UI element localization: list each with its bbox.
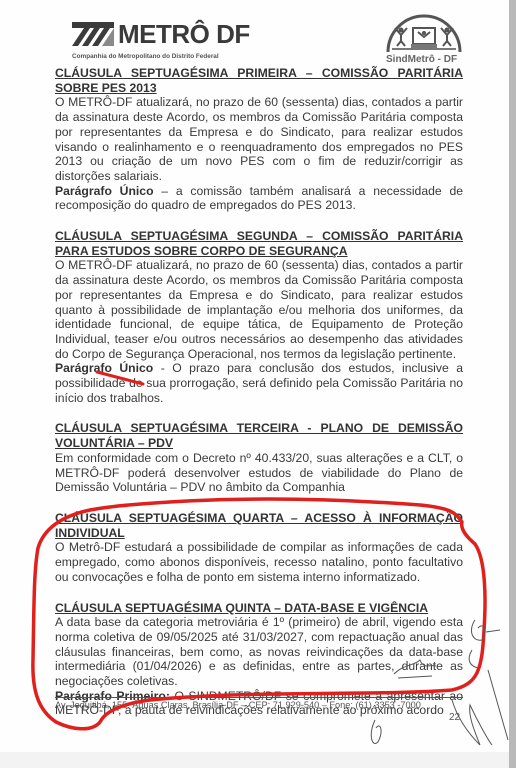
metro-df-logo: METRÔ DF Companhia do Metropolitano do D… — [72, 22, 262, 66]
footer-address: Av. Jequitibá, 155. Águas Claras, Brasíl… — [55, 700, 421, 710]
clause-title: CLÁUSULA SEPTUAGÉSIMA PRIMEIRA – COMISSÃ… — [55, 66, 463, 95]
document-page: METRÔ DF Companhia do Metropolitano do D… — [0, 0, 509, 752]
clause-73: CLÁUSULA SEPTUAGÉSIMA TERCEIRA - PLANO D… — [55, 421, 463, 495]
clause-title: CLÁUSULA SEPTUAGÉSIMA SEGUNDA – COMISSÃO… — [55, 229, 463, 258]
clause-title: CLÁUSULA SEPTUAGÉSIMA QUINTA – DATA-BASE… — [55, 601, 463, 616]
metro-logo-mark-icon — [72, 22, 114, 46]
clause-body: O METRÔ-DF atualizará, no prazo de 60 (s… — [55, 95, 463, 183]
footer-divider — [55, 697, 463, 698]
clause-title: CLÁUSULA SEPTUAGÉSIMA QUARTA – ACESSO À … — [55, 511, 463, 540]
clause-paragraph: Parágrafo Único - O prazo para conclusão… — [55, 361, 463, 405]
paragraph-label: Parágrafo Único — [55, 184, 154, 198]
document-body: CLÁUSULA SEPTUAGÉSIMA PRIMEIRA – COMISSÃ… — [55, 66, 463, 734]
sindmetro-logo-text: SindMetrô - DF — [386, 54, 457, 65]
clause-72: CLÁUSULA SEPTUAGÉSIMA SEGUNDA – COMISSÃO… — [55, 229, 463, 405]
clause-body: Em conformidade com o Decreto nº 40.433/… — [55, 451, 463, 495]
clause-paragraph: Parágrafo Único – a comissão também anal… — [55, 184, 463, 213]
clause-title: CLÁUSULA SEPTUAGÉSIMA TERCEIRA - PLANO D… — [55, 421, 463, 450]
logo-title: METRÔ DF — [118, 19, 250, 50]
logo-subtitle: Companhia do Metropolitano do Distrito F… — [72, 53, 219, 60]
bottom-margin — [0, 752, 509, 768]
page-edge-shadow — [509, 0, 516, 768]
clause-body: O Metrô-DF estudará a possibilidade de c… — [55, 540, 463, 584]
paragraph-label: Parágrafo Único — [55, 361, 153, 375]
clause-71: CLÁUSULA SEPTUAGÉSIMA PRIMEIRA – COMISSÃ… — [55, 66, 463, 213]
sindmetro-logo: SindMetrô - DF — [378, 8, 470, 70]
sindmetro-emblem-icon — [382, 8, 466, 58]
clause-body: O METRÔ-DF atualizará, no prazo de 60 (s… — [55, 258, 463, 361]
clause-74: CLÁUSULA SEPTUAGÉSIMA QUARTA – ACESSO À … — [55, 511, 463, 585]
clause-body: A data base da categoria metroviária é 1… — [55, 615, 463, 689]
page-number: 22 — [449, 712, 460, 723]
